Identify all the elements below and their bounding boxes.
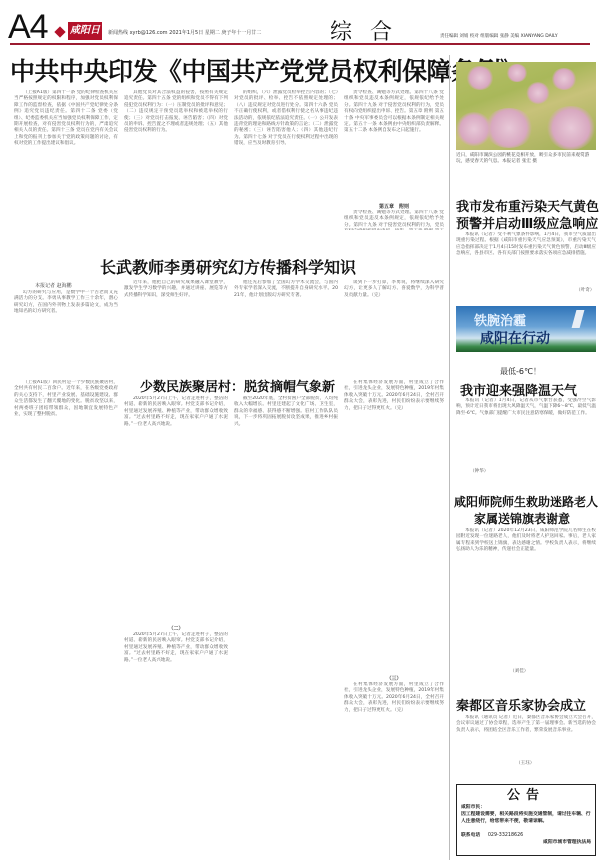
feature-column-3: 他还先后参加了全国幻方学术交流会，与国内外专家学者深入交流，不断提升自身研究水平… bbox=[234, 280, 338, 360]
lead-text: 责令检查、诫勉等方式处理。第四十八条 党组织和党员违反本条例规定，依规依纪给予处… bbox=[344, 210, 444, 230]
pollution-headline-2[interactable]: 预警并启动Ⅲ级应急响应 bbox=[456, 213, 598, 232]
feature-column-2: 近年来，他把自己的研究成果融入课堂教学，激发学生学习数学的兴趣，并通过讲座、展览… bbox=[124, 280, 228, 360]
feature-text: 近年来，他把自己的研究成果融入课堂教学，激发学生学习数学的兴趣，并通过讲座、展览… bbox=[124, 280, 228, 299]
masthead-info: 新闻热线 xyrb@126.com 2021年1月5日 星期二 庚子年十一月廿二 bbox=[108, 29, 261, 36]
lead-text: 其他党员对其合法权益的侵害，按照有关规定追究责任。第四十五条 党的组织和党员不得… bbox=[124, 90, 228, 135]
cold-headline[interactable]: 我市迎来强降温天气 bbox=[460, 380, 577, 399]
banner-line-1: 铁腕治霾 bbox=[474, 310, 526, 329]
cold-kicker: 最低-6℃！ bbox=[500, 366, 541, 377]
feature-text: 幻方的研究与应用，是数学中一个古老而又充满活力的分支。李勇从事教学工作三十余年，… bbox=[14, 290, 118, 316]
sidebar-divider bbox=[449, 55, 450, 860]
cold-body: 本报讯（记者）1月4日，记者从市气象台获悉，受强冷空气影响，预计近日我市将出现大… bbox=[456, 398, 596, 468]
blossom-shape bbox=[551, 68, 577, 90]
village-text: （上接A1版）回民村是一个少数民族聚居村，全村共有村民二百余户。近年来，在各级党… bbox=[14, 380, 118, 418]
pollution-text: 本报讯（记者）受不利气象条件影响，1月4日，我市空气质量出现重污染过程。根据《咸… bbox=[456, 232, 596, 258]
notice-addressee: 咸阳市民： bbox=[461, 804, 591, 811]
notice-box: 公告 咸阳市民： 因工程建设需要，相关路段将实施交通管制，请过往车辆、行人注意绕… bbox=[456, 784, 596, 856]
blossom-photo[interactable] bbox=[456, 62, 596, 150]
feature-column-4: 谈到下一步打算，李勇说，将继续深入研究幻方，让更多人了解幻方、喜爱数学，为科学普… bbox=[344, 280, 444, 360]
village-column-3: 截至2020年底，全村贫困户全部脱贫，人均纯收入大幅增长。村里还建起了文化广场、… bbox=[234, 396, 338, 860]
banner-line-2: 咸阳在行动 bbox=[480, 328, 550, 348]
village-column-2: 2020年5月27日上午，记者走进村子，整洁的村道、崭新的民居映入眼帘。村党支部… bbox=[124, 396, 228, 621]
village-headline[interactable]: 少数民族聚居村：脱贫摘帽气象新 bbox=[140, 376, 335, 395]
lead-column-4: 责令检查、诫勉等方式处理。第四十八条 党组织和党员违反本条例规定，依规依纪给予处… bbox=[344, 90, 444, 200]
music-body: 本报讯（通讯员 记者）近日，秦都区音乐家协会成立大会召开，会议审议通过了协会章程… bbox=[456, 715, 596, 761]
masthead-rule bbox=[10, 43, 590, 45]
lead-column-3: 的组织，（六）泄露党员检举控告内容的；（七）对党员的批评、检举、控告不依照规定处… bbox=[234, 90, 338, 230]
lead-column-2: 其他党员对其合法权益的侵害，按照有关规定追究责任。第四十五条 党的组织和党员不得… bbox=[124, 90, 228, 230]
notice-issuer: 咸阳市城市管理执法局 bbox=[461, 839, 591, 846]
blossom-shape bbox=[466, 66, 494, 90]
notice-contact-label: 联系电话 bbox=[461, 833, 480, 838]
notice-contact-value: 029-33218626 bbox=[488, 833, 523, 838]
blossom-shape bbox=[546, 106, 596, 150]
paper-logo: 咸阳日报 bbox=[68, 22, 102, 40]
village-column-4b: 在村集体经济发展方面，村里成立了合作社，引进龙头企业，发展特色种植，2019年村… bbox=[344, 682, 444, 860]
blossom-shape bbox=[484, 108, 534, 148]
village-text: 2020年5月27日上午，记者走进村子，整洁的村道、崭新的民居映入眼帘。村党支部… bbox=[124, 396, 228, 428]
lead-text: 责令检查、诫勉等方式处理。第四十八条 党组织和党员违反本条例规定，依规依纪给予处… bbox=[344, 90, 444, 135]
music-text: 本报讯（通讯员 记者）近日，秦都区音乐家协会成立大会召开，会议审议通过了协会章程… bbox=[456, 715, 596, 734]
flag-icon bbox=[572, 310, 585, 328]
pollution-body: 本报讯（记者）受不利气象条件影响，1月4日，我市空气质量出现重污染过程。根据《咸… bbox=[456, 232, 596, 284]
village-text: 在村集体经济发展方面，村里成立了合作社，引进龙头企业，发展特色种植，2019年村… bbox=[344, 380, 444, 412]
village-column-2b: 2020年5月27日上午，记者走进村子，整洁的村道、崭新的民居映入眼帘。村党支部… bbox=[124, 632, 228, 860]
lead-headline[interactable]: 中共中央印发《中国共产党党员权利保障条例》 bbox=[10, 57, 440, 87]
pollution-footnote: （叶奇） bbox=[576, 287, 594, 293]
masthead-editors: 责任编辑 刘娟 校对 组版编辑 张静 美编 XIANYANG DAILY bbox=[440, 33, 558, 39]
feature-text: 谈到下一步打算，李勇说，将继续深入研究幻方，让更多人了解幻方、喜爱数学，为科学普… bbox=[344, 280, 444, 299]
lead-column-1: （上接A1版）第四十一条 党的纪律检查机关应当严格按照规定的权限和程序，加强对党… bbox=[14, 90, 118, 230]
village-subheading-3: （三） bbox=[344, 675, 444, 682]
lead-text: （上接A1版）第四十一条 党的纪律检查机关应当严格按照规定的权限和程序，加强对党… bbox=[14, 90, 118, 148]
notice-contact: 联系电话 029-33218626 bbox=[461, 832, 591, 839]
campaign-banner[interactable]: 铁腕治霾 咸阳在行动 bbox=[456, 306, 596, 352]
village-column-4: 在村集体经济发展方面，村里成立了合作社，引进龙头企业，发展特色种植，2019年村… bbox=[344, 380, 444, 670]
notice-body: 因工程建设需要，相关路段将实施交通管制，请过往车辆、行人注意绕行，给您带来不便，… bbox=[461, 811, 591, 832]
rescue-text: 本报讯（记者）2020年12月23日，咸阳师范学院几名师生在校园附近发现一位迷路… bbox=[456, 528, 596, 554]
notice-title: 公告 bbox=[461, 788, 591, 804]
village-text: 在村集体经济发展方面，村里成立了合作社，引进龙头企业，发展特色种植，2019年村… bbox=[344, 682, 444, 714]
lead-text: 的组织，（六）泄露党员检举控告内容的；（七）对党员的批评、检举、控告不依照规定处… bbox=[234, 90, 338, 148]
feature-text: 他还先后参加了全国幻方学术交流会，与国内外专家学者深入交流，不断提升自身研究水平… bbox=[234, 280, 338, 299]
music-footnote: （王珏） bbox=[516, 760, 534, 766]
feature-headline[interactable]: 长武教师李勇研究幻方传播科学知识 bbox=[100, 255, 356, 278]
blossom-shape bbox=[526, 82, 550, 104]
village-column-1: （上接A1版）回民村是一个少数民族聚居村，全村共有村民二百余户。近年来，在各级党… bbox=[14, 380, 118, 860]
cold-text: 本报讯（记者）1月4日，记者从市气象台获悉，受强冷空气影响，预计近日我市将出现大… bbox=[456, 398, 596, 417]
logo-star-icon bbox=[54, 26, 65, 37]
rescue-headline-1[interactable]: 咸阳师院师生救助迷路老人 bbox=[454, 493, 598, 510]
village-text: 2020年5月27日上午，记者走进村子，整洁的村道、崭新的民居映入眼帘。村党支部… bbox=[124, 632, 228, 664]
music-headline[interactable]: 秦都区音乐家协会成立 bbox=[456, 695, 586, 714]
cold-footnote: （钟华） bbox=[470, 468, 488, 474]
village-text: 截至2020年底，全村贫困户全部脱贫，人均纯收入大幅增长。村里还建起了文化广场、… bbox=[234, 396, 338, 428]
rescue-headline-2[interactable]: 家属送锦旗表谢意 bbox=[474, 510, 570, 527]
page-number: A4 bbox=[8, 10, 48, 44]
rescue-footnote: （刘佳） bbox=[510, 668, 528, 674]
blossom-shape bbox=[506, 64, 528, 82]
feature-column-1: 幻方的研究与应用，是数学中一个古老而又充满活力的分支。李勇从事教学工作三十余年，… bbox=[14, 290, 118, 360]
photo-caption: 近日，咸阳市湖滨公园的桃花竞相开放，吸引众多市民前来观赏游玩，感受春天的气息。本… bbox=[456, 153, 596, 166]
feature-byline: 本报记者 赵海鹏 bbox=[35, 282, 72, 289]
section-title: 综合 bbox=[330, 15, 410, 46]
rescue-body: 本报讯（记者）2020年12月23日，咸阳师范学院几名师生在校园附近发现一位迷路… bbox=[456, 528, 596, 668]
chapter-heading: 第五章 附则 bbox=[344, 203, 444, 210]
lead-column-4b: 责令检查、诫勉等方式处理。第四十八条 党组织和党员违反本条例规定，依规依纪给予处… bbox=[344, 210, 444, 230]
village-subheading-2: （二） bbox=[124, 625, 228, 632]
